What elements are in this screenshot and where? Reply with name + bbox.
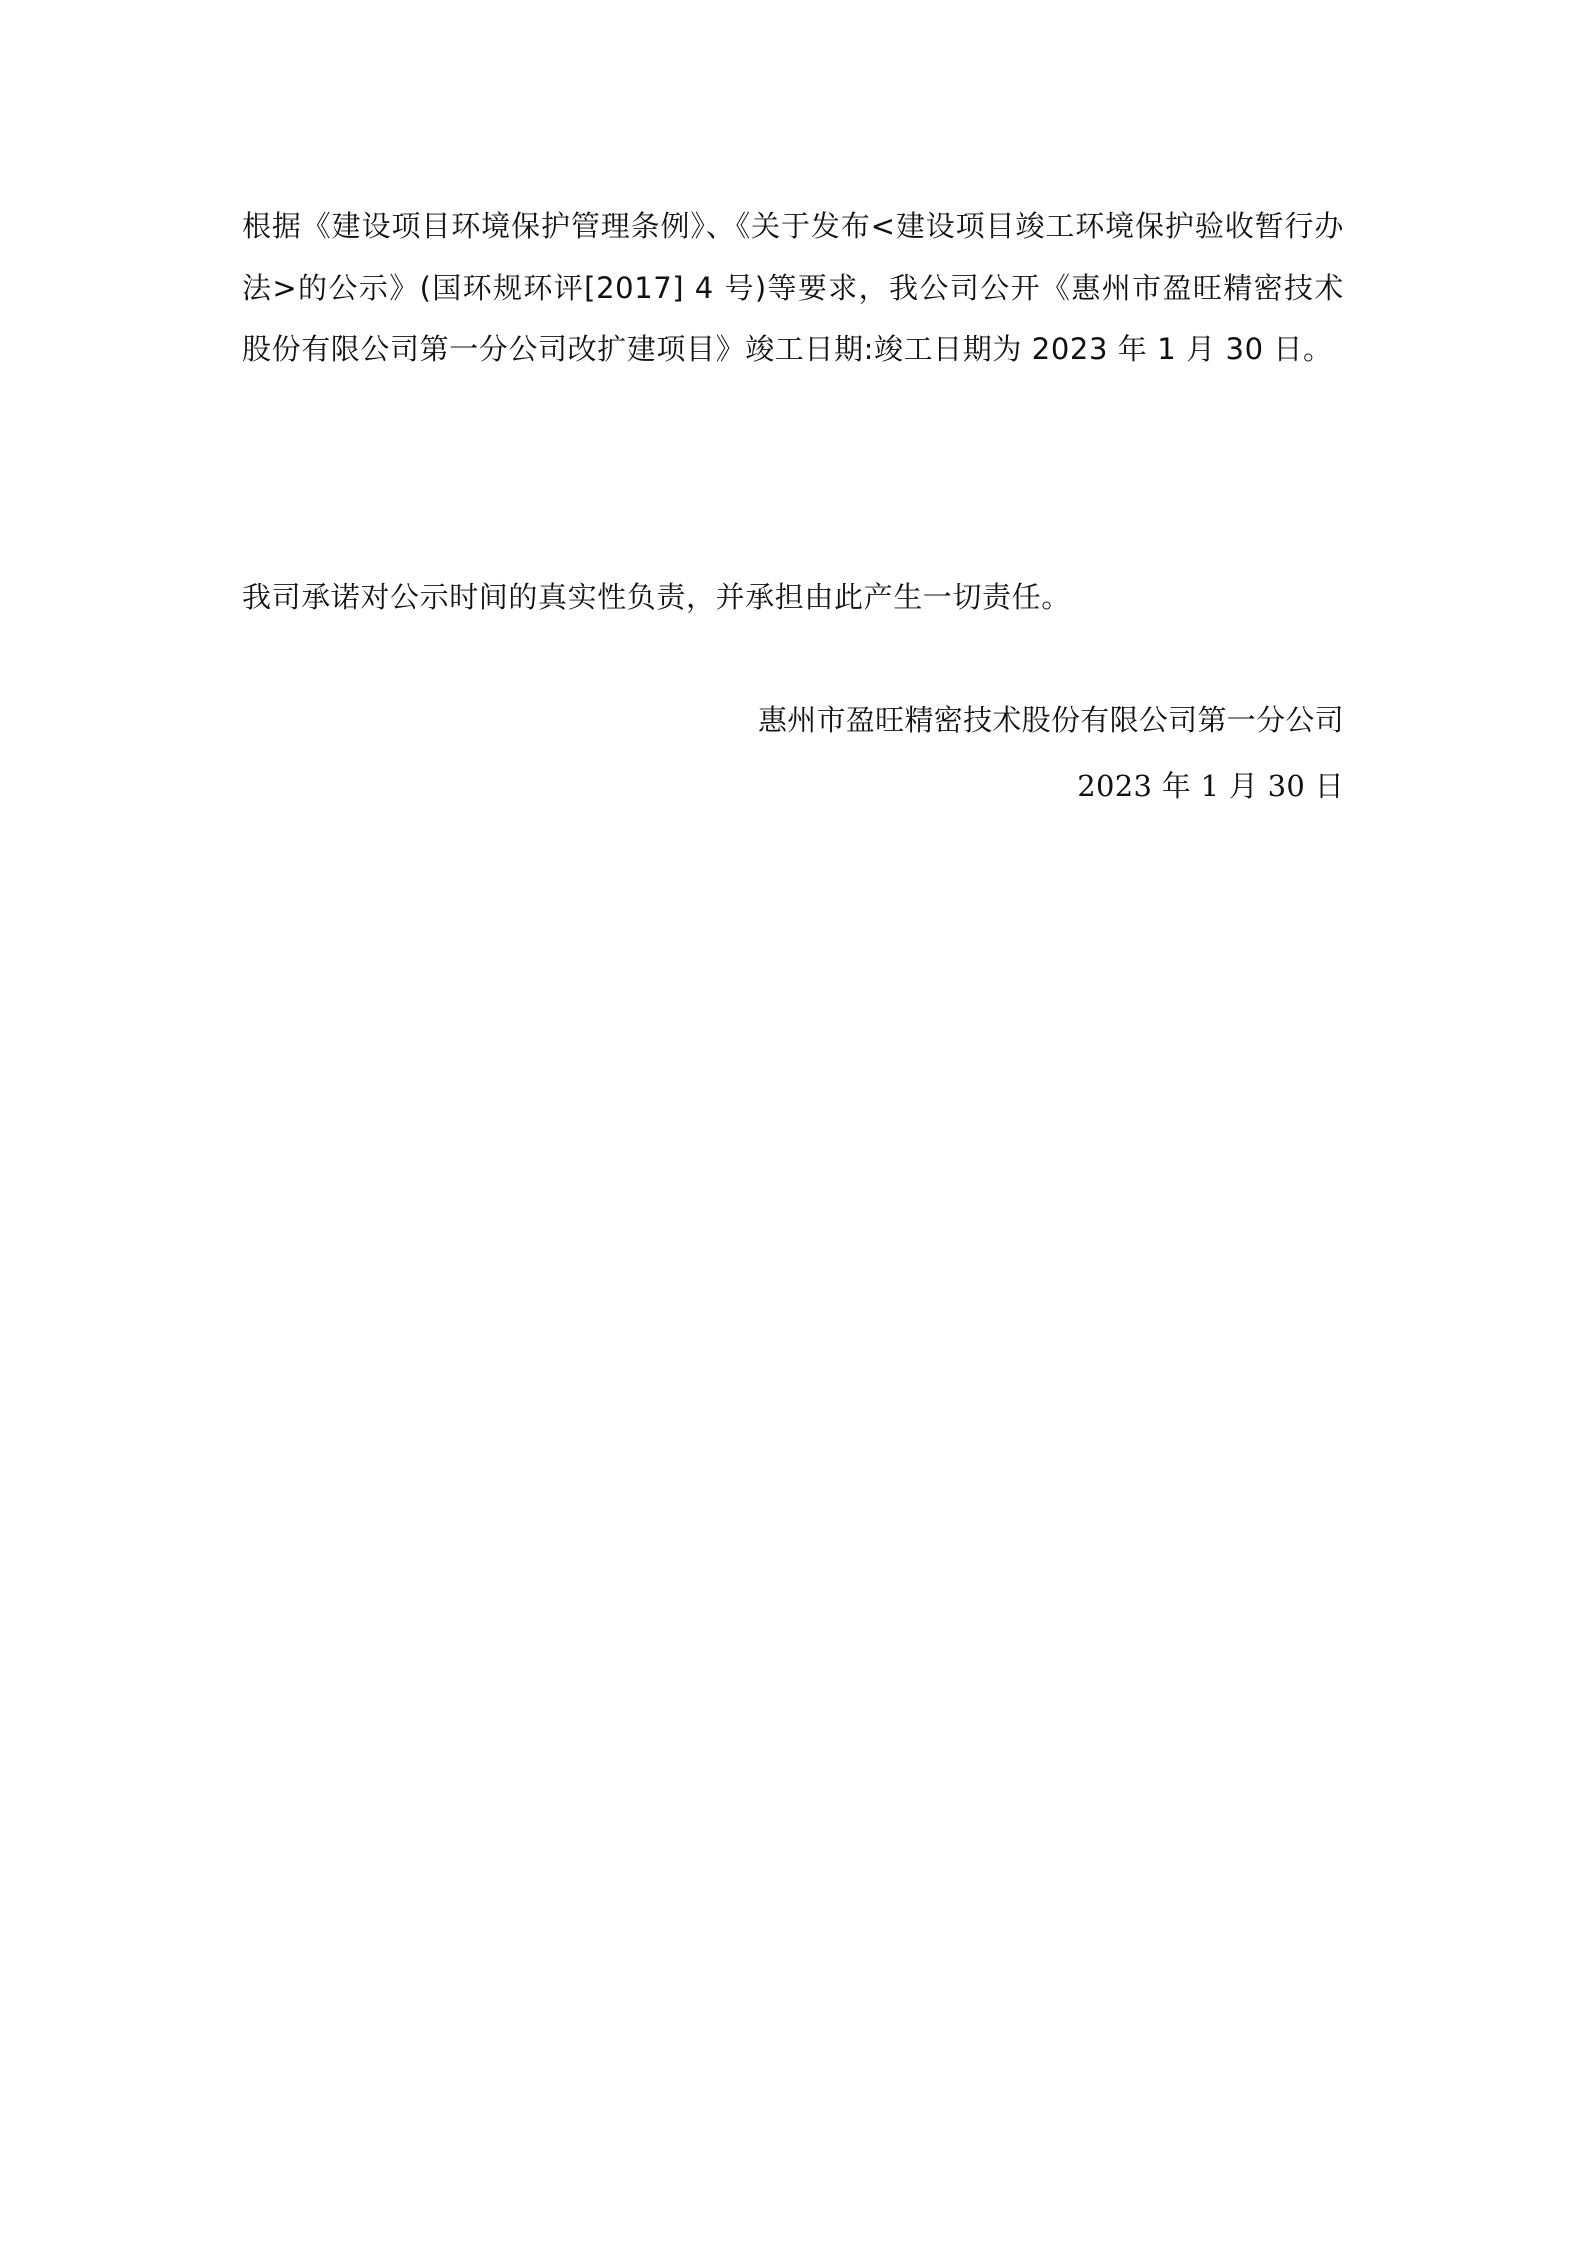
- commitment-paragraph: 我司承诺对公示时间的真实性负责，并承担由此产生一切责任。: [242, 567, 1344, 629]
- notice-paragraph: 根据《建设项目环境保护管理条例》、《关于发布<建设项目竣工环境保护验收暂行办法>…: [242, 196, 1344, 381]
- signature-date: 2023 年 1 月 30 日: [1077, 766, 1344, 806]
- document-page: 根据《建设项目环境保护管理条例》、《关于发布<建设项目竣工环境保护验收暂行办法>…: [0, 0, 1587, 2245]
- signature-company: 惠州市盈旺精密技术股份有限公司第一分公司: [758, 700, 1344, 740]
